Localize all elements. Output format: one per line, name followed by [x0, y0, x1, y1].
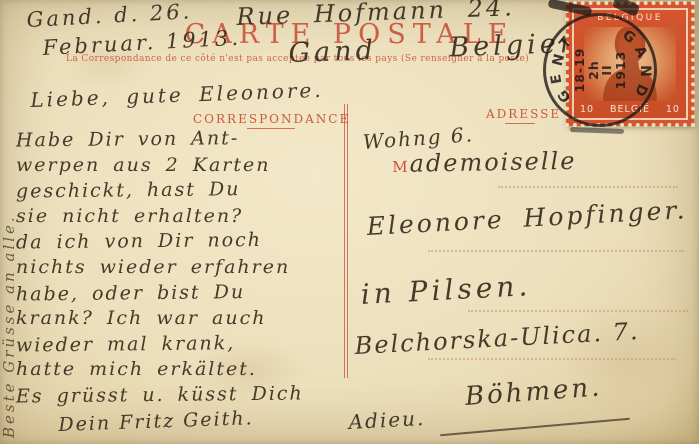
- message-line: wieder mal krank,: [16, 330, 304, 359]
- address-dotted-line: [498, 186, 678, 188]
- address-dotted-line: [428, 250, 684, 252]
- message-line: Habe Dir von Ant-: [16, 125, 304, 154]
- address-dotted-line: [468, 310, 688, 312]
- message-line: krank? Ich war auch: [16, 306, 304, 332]
- postmark-year: 1913: [614, 51, 628, 90]
- printed-m: M: [392, 158, 410, 176]
- postmark-town-letter: N: [637, 65, 653, 77]
- address-region: Böhmen.: [464, 372, 603, 412]
- signature-flourish: [440, 418, 629, 437]
- postmark-cancel: 18-19 2h II 1913 G E N T G A N D: [543, 13, 657, 127]
- cancel-smudge: [570, 127, 624, 134]
- stamp-value-right: 10: [666, 104, 680, 115]
- postmark-time: 2h: [587, 60, 601, 80]
- handwritten-farewell: Adieu.: [348, 406, 426, 434]
- address-street: Belchorska-Ulica. 7.: [354, 317, 640, 360]
- message-line: sie nicht erhalten?: [16, 204, 304, 230]
- message-body: Habe Dir von Ant- werpen aus 2 Karten ge…: [16, 127, 304, 409]
- message-line: nichts wieder erfahren: [16, 255, 304, 281]
- address-underline: [505, 123, 535, 124]
- address-recipient-name: Eleonore Hopfinger.: [366, 195, 688, 241]
- handwritten-closing: Dein Fritz Geith.: [58, 407, 254, 436]
- address-mademoiselle-line: Mademoiselle: [392, 147, 577, 178]
- message-line: Es grüsst u. küsst Dich: [16, 381, 304, 410]
- correspondence-header: CORRESPONDANCE: [193, 112, 350, 126]
- postcard-back: CARTE POSTALE La Correspondance de ce cô…: [0, 0, 699, 444]
- message-line: werpen aus 2 Karten: [16, 153, 304, 179]
- message-line: da ich von Dir noch: [16, 228, 304, 257]
- message-line: geschickt, hast Du: [16, 177, 304, 206]
- postmark-month: II: [600, 64, 614, 75]
- message-line: habe, oder bist Du: [16, 279, 304, 308]
- center-divider-rule: [344, 104, 348, 378]
- address-dotted-line: [428, 358, 676, 360]
- postmark-hours: 18-19: [573, 48, 587, 93]
- handwritten-salutation: Liebe, gute Eleonore.: [30, 78, 324, 112]
- mademoiselle-handwritten: ademoiselle: [409, 147, 576, 178]
- address-city: in Pilsen.: [360, 269, 532, 311]
- message-line: hatte mich erkältet.: [16, 357, 304, 383]
